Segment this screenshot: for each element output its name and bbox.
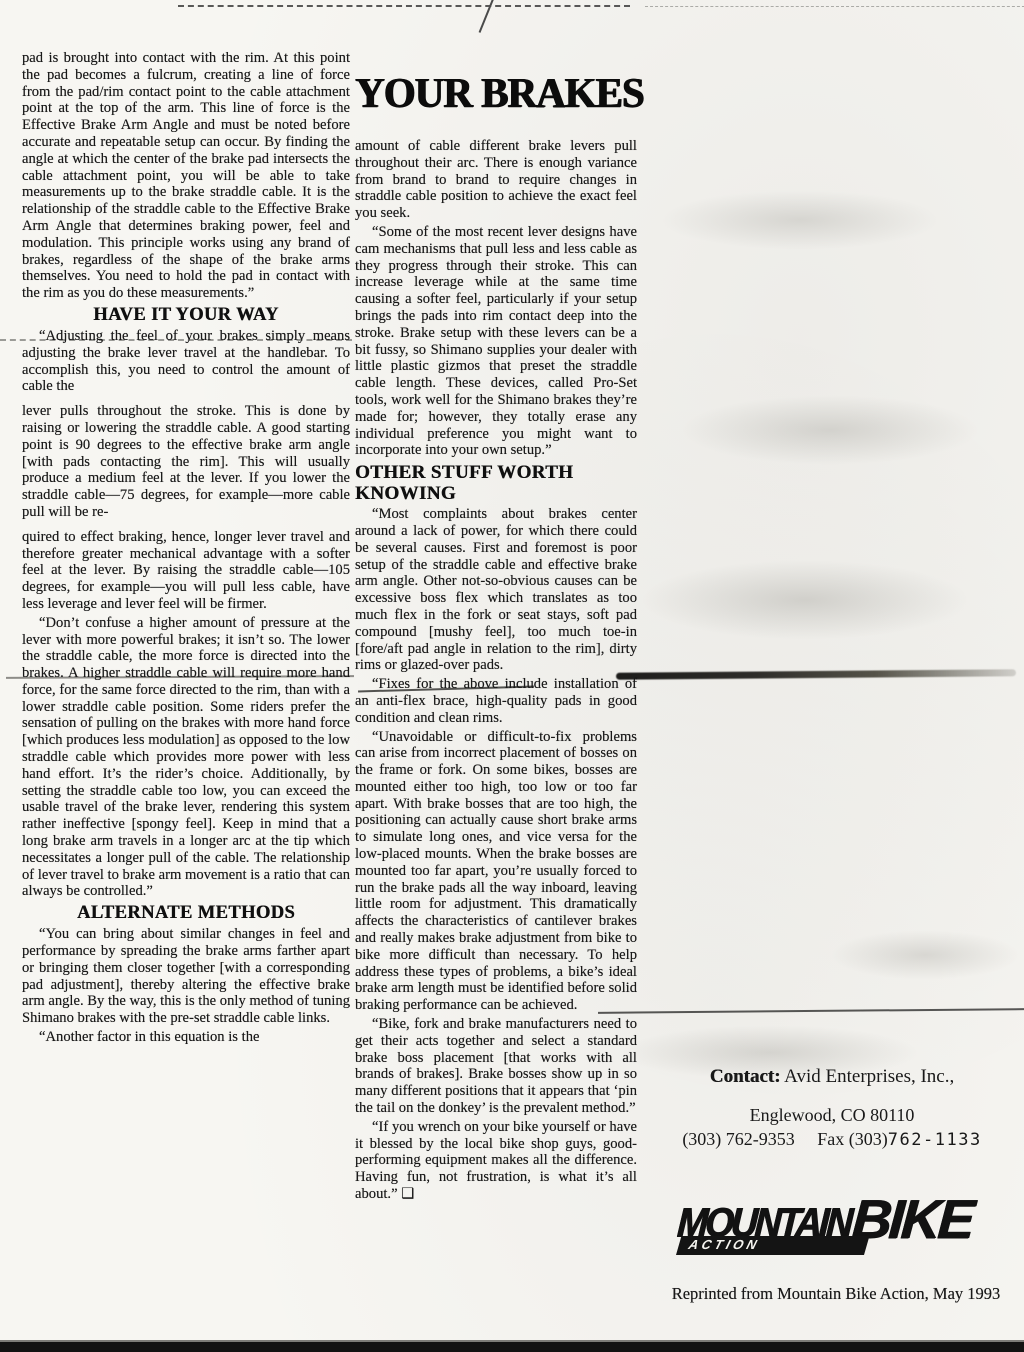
scan-artifact-slash-mark xyxy=(479,0,496,33)
article-paragraph: “Fixes for the above include installatio… xyxy=(355,676,637,726)
article-paragraph: “You can bring about similar changes in … xyxy=(22,926,350,1027)
scan-artifact-smudge xyxy=(660,190,940,250)
scan-artifact-top-dashed-line-faint xyxy=(645,6,1024,7)
contact-label: Contact: xyxy=(710,1066,781,1087)
article-paragraph: “If you wrench on your bike yourself or … xyxy=(355,1119,637,1203)
logo-action-bar: ACTION xyxy=(676,1236,869,1255)
scanned-article-page: pad is brought into contact with the rim… xyxy=(0,0,1024,1352)
scan-artifact-top-dashed-line xyxy=(178,5,630,7)
article-paragraph: pad is brought into contact with the rim… xyxy=(22,50,350,302)
section-heading: OTHER STUFF WORTH KNOWING xyxy=(355,462,637,504)
article-paragraph: “Another factor in this equation is the xyxy=(22,1029,350,1046)
scan-artifact-smudge xyxy=(830,930,1020,980)
article-paragraph: “Adjusting the feel of your brakes simpl… xyxy=(22,328,350,395)
contact-line: Contact: Avid Enterprises, Inc., xyxy=(652,1066,1012,1088)
scan-artifact-bottom-bar xyxy=(0,1340,1024,1352)
article-title: YOUR BRAKES xyxy=(355,72,637,113)
mountain-bike-action-logo: MOUNTAIN BIKE ACTION xyxy=(676,1198,996,1255)
contact-fax-number: 762-1133 xyxy=(888,1130,982,1150)
scan-artifact-smudge xyxy=(680,395,980,465)
article-paragraph: “Don’t confuse a higher amount of pressu… xyxy=(22,615,350,901)
contact-address: Englewood, CO 80110 xyxy=(652,1105,1012,1126)
article-paragraph: “Some of the most recent lever designs h… xyxy=(355,224,637,459)
section-heading: ALTERNATE METHODS xyxy=(22,903,350,924)
middle-column: amount of cable different brake levers p… xyxy=(355,138,637,1203)
contact-fax-prefix: Fax (303) xyxy=(817,1129,888,1149)
article-paragraph: “Bike, fork and brake manufacturers need… xyxy=(355,1016,637,1117)
logo-word-bike: BIKE xyxy=(850,1198,972,1241)
reprint-credit-line: Reprinted from Mountain Bike Action, May… xyxy=(650,1284,1022,1304)
contact-block: Contact: Avid Enterprises, Inc., Englewo… xyxy=(652,1066,1012,1151)
section-heading: HAVE IT YOUR WAY xyxy=(22,305,350,326)
contact-company: Avid Enterprises, Inc., xyxy=(784,1066,954,1087)
left-column: pad is brought into contact with the rim… xyxy=(22,50,350,1046)
scan-artifact-pen-line xyxy=(598,1008,1024,1013)
scan-artifact-smudge xyxy=(640,560,970,640)
scan-artifact-ink-smudge-line xyxy=(616,669,1016,679)
article-paragraph: amount of cable different brake levers p… xyxy=(355,138,637,222)
article-paragraph: quired to effect braking, hence, longer … xyxy=(22,529,350,613)
logo-wordmark: MOUNTAIN BIKE xyxy=(676,1198,996,1241)
article-paragraph: “Unavoidable or difficult-to-fix problem… xyxy=(355,729,637,1015)
contact-phone-fax-line: (303) 762-9353 Fax (303)762-1133 xyxy=(652,1128,1012,1151)
middle-column-wrap: YOUR BRAKES amount of cable different br… xyxy=(355,72,637,1203)
article-paragraph: lever pulls throughout the stroke. This … xyxy=(22,403,350,521)
contact-phone: (303) 762-9353 xyxy=(682,1129,794,1149)
article-paragraph: “Most complaints about brakes center aro… xyxy=(355,506,637,674)
